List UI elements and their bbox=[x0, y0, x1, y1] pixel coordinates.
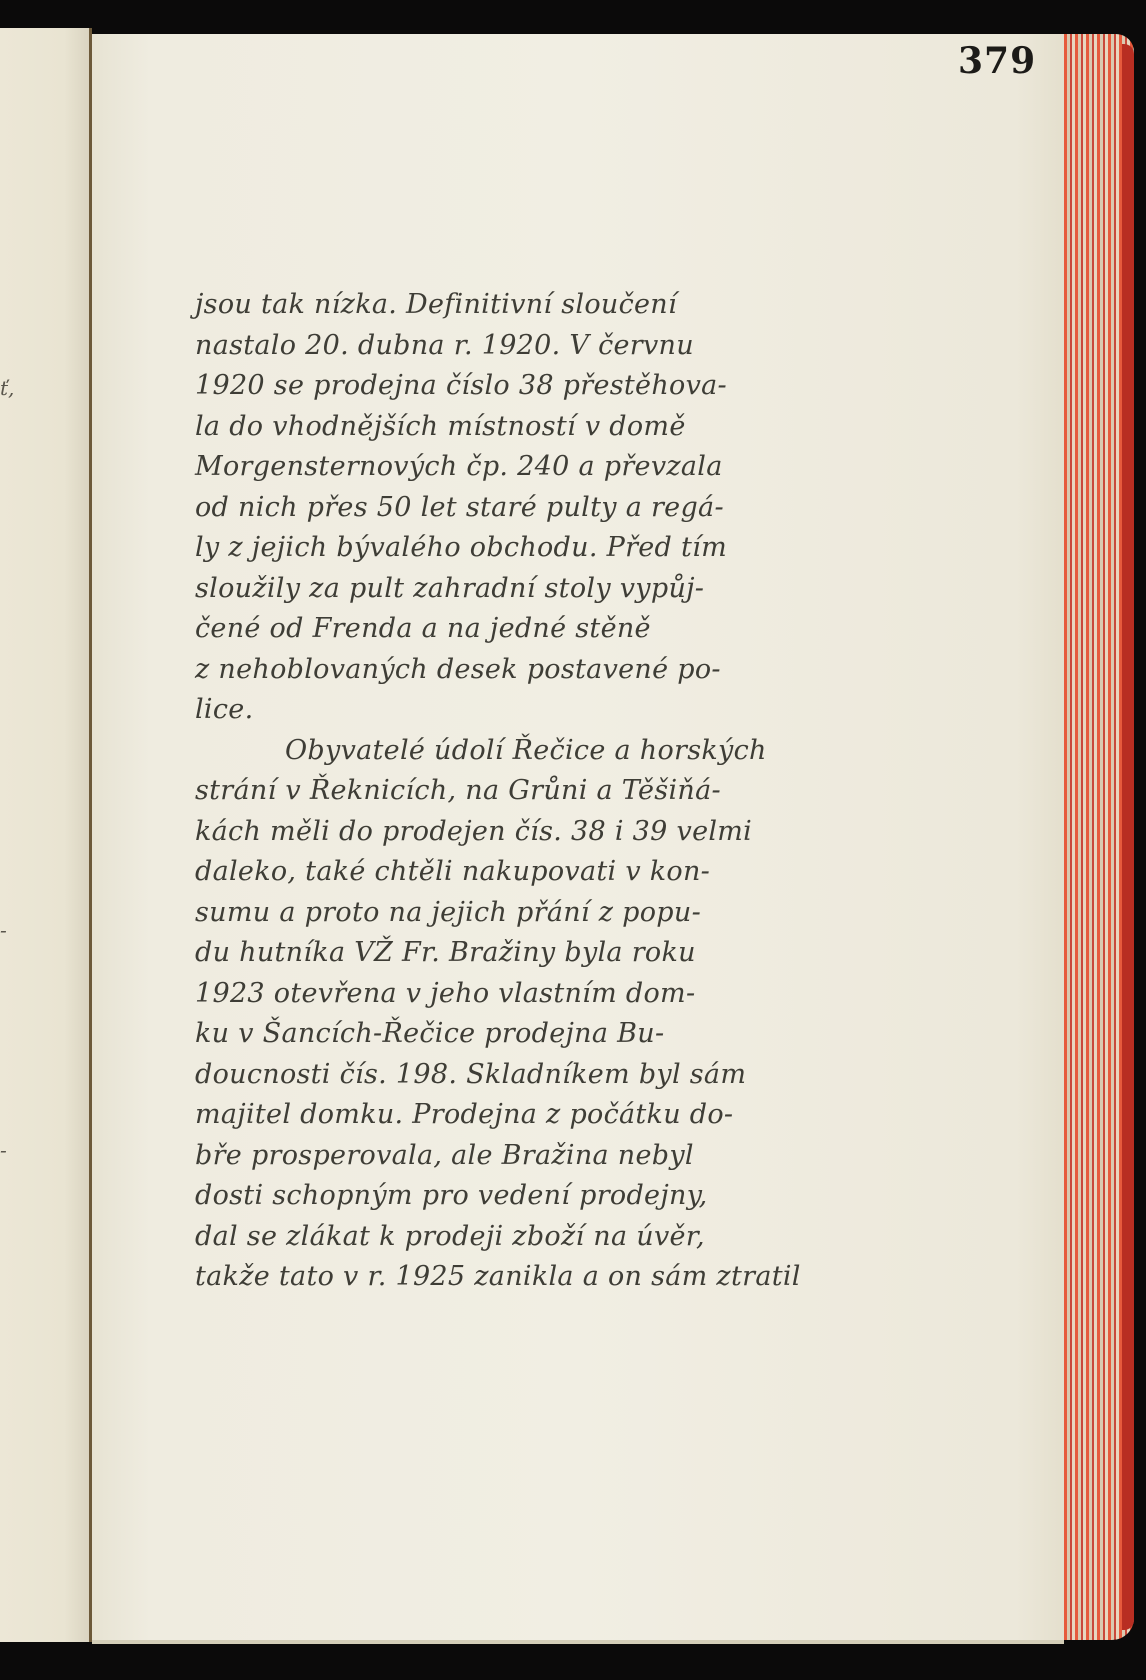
text-line: 1920 se prodejna číslo 38 přestěhova- bbox=[195, 366, 835, 407]
text-line: majitel domku. Prodejna z počátku do- bbox=[195, 1095, 835, 1136]
text-line: čené od Frenda a na jedné stěně bbox=[195, 609, 835, 650]
page-edges bbox=[1064, 34, 1134, 1640]
left-fragment: - bbox=[0, 918, 7, 942]
handwritten-text: jsou tak nízka. Definitivní sloučení nas… bbox=[195, 285, 835, 1298]
text-line: 1923 otevřena v jeho vlastním dom- bbox=[195, 974, 835, 1015]
left-fragment: ť, bbox=[0, 376, 14, 400]
paragraph-start-line: Obyvatelé údolí Řečice a horských bbox=[195, 731, 835, 772]
text-line: sumu a proto na jejich přání z popu- bbox=[195, 893, 835, 934]
page-number: 379 bbox=[958, 40, 1036, 82]
text-line: ly z jejich bývalého obchodu. Před tím bbox=[195, 528, 835, 569]
text-line: du hutníka VŽ Fr. Bražiny byla roku bbox=[195, 933, 835, 974]
text-line: jsou tak nízka. Definitivní sloučení bbox=[195, 285, 835, 326]
text-line: takže tato v r. 1925 zanikla a on sám zt… bbox=[195, 1257, 835, 1298]
text-line: daleko, také chtěli nakupovati v kon- bbox=[195, 852, 835, 893]
text-line: la do vhodnějších místností v domě bbox=[195, 407, 835, 448]
text-line: ku v Šancích-Řečice prodejna Bu- bbox=[195, 1014, 835, 1055]
text-line: kách měli do prodejen čís. 38 i 39 velmi bbox=[195, 812, 835, 853]
left-page-fragments: ť, - - bbox=[0, 28, 92, 1642]
book-spread: ť, - - 379 jsou tak nízka. Definitivní s… bbox=[0, 0, 1146, 1680]
left-page: ť, - - bbox=[0, 28, 92, 1642]
text-line: doucnosti čís. 198. Skladníkem byl sám bbox=[195, 1055, 835, 1096]
text-line: sloužily za pult zahradní stoly vypůj- bbox=[195, 569, 835, 610]
left-fragment: - bbox=[0, 1138, 7, 1162]
text-line: dal se zlákat k prodeji zboží na úvěr, bbox=[195, 1217, 835, 1258]
text-line: od nich přes 50 let staré pulty a regá- bbox=[195, 488, 835, 529]
text-line: dosti schopným pro vedení prodejny, bbox=[195, 1176, 835, 1217]
text-line: Morgensternových čp. 240 a převzala bbox=[195, 447, 835, 488]
text-line: nastalo 20. dubna r. 1920. V červnu bbox=[195, 326, 835, 367]
text-line: z nehoblovaných desek postavené po- bbox=[195, 650, 835, 691]
text-line: lice. bbox=[195, 690, 835, 731]
text-line: bře prosperovala, ale Bražina nebyl bbox=[195, 1136, 835, 1177]
text-line: strání v Řeknicích, na Grůni a Těšiňá- bbox=[195, 771, 835, 812]
